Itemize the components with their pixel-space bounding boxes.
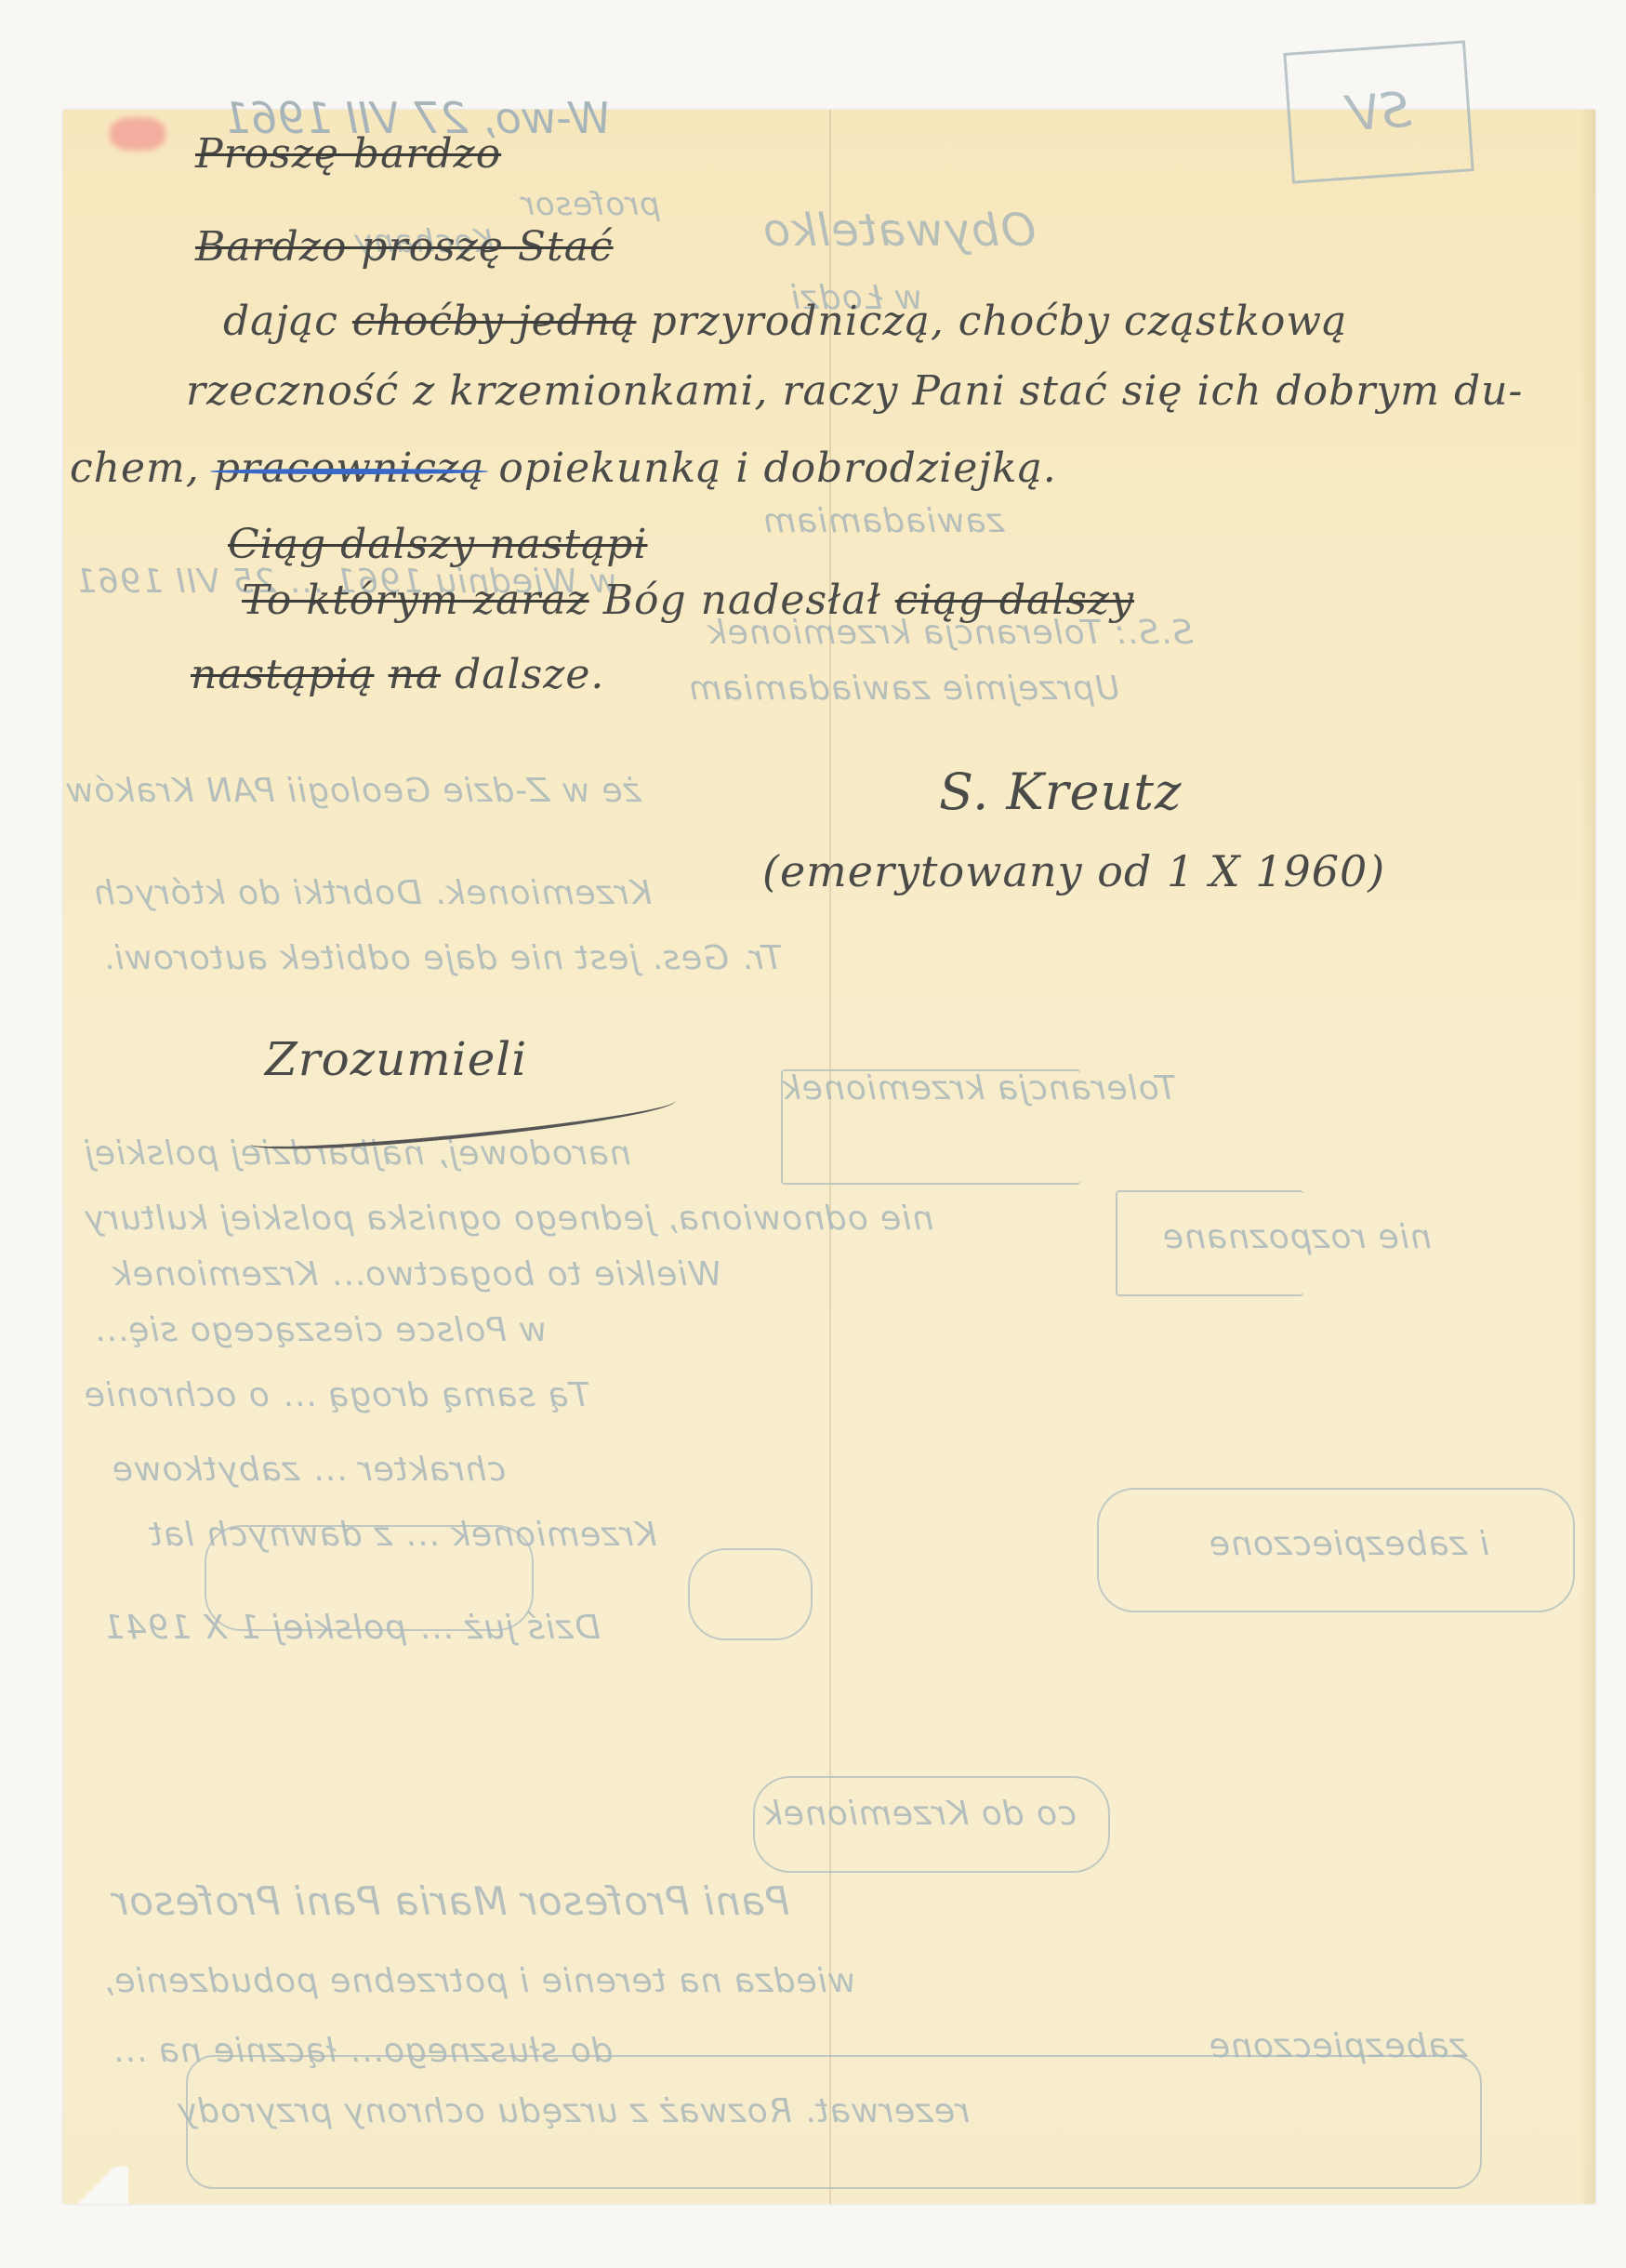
reference-code: SV xyxy=(1345,82,1413,142)
section-heading: Zrozumieli xyxy=(265,1032,527,1086)
struck-words: choćby jedną xyxy=(352,298,637,345)
bleed-line: Uprzejmie zawiadamiam xyxy=(688,670,1119,708)
bleed-loop xyxy=(753,1776,1110,1873)
body-line-8: nastąpią na dalsze. xyxy=(191,651,604,698)
bleed-line: wiedza na terenie i potrzebne pobudzenie… xyxy=(102,1962,855,2000)
bleed-loop-bottom xyxy=(186,2055,1482,2189)
torn-corner xyxy=(63,2167,128,2204)
body-line-7: To którym zaraz Bóg nadesłał ciąg dalszy xyxy=(242,577,1134,624)
blue-struck-word: pracowniczą xyxy=(214,444,485,492)
signature: S. Kreutz xyxy=(939,763,1182,821)
struck-line-6: Ciąg dalszy nastąpi xyxy=(228,521,648,568)
bleed-line: Tr. Ges. jest nie daje odbitek autorowi. xyxy=(102,939,783,977)
struck-line-1: Proszę bardzo xyxy=(195,130,501,178)
bleed-line: Obywatelko xyxy=(762,205,1036,257)
bleed-line: Pani Profesor Maria Pani Profesor xyxy=(112,1878,789,1924)
red-pencil-mark xyxy=(110,117,165,151)
bleed-line: chrakter ... zabytkowe xyxy=(112,1451,506,1489)
body-line-3: dając choćby jedną przyrodniczą, choćby … xyxy=(223,298,1347,345)
margin-bracket xyxy=(1116,1190,1303,1296)
reference-box: SV xyxy=(1283,40,1474,183)
bleed-line: że w Z-dzie Geologii PAN Kraków xyxy=(65,772,641,810)
signature-note: (emerytowany od 1 X 1960) xyxy=(762,846,1385,896)
bleed-line: nie odnowiona, jednego ogniska polskiej … xyxy=(84,1200,933,1238)
bleed-bracket xyxy=(781,1069,1080,1185)
bleed-loop xyxy=(205,1525,534,1631)
body-line-4: rzeczność z krzemionkami, raczy Pani sta… xyxy=(186,367,1523,415)
struck-line-2: Bardzo proszę Stać xyxy=(195,223,614,271)
blue-strikethrough xyxy=(210,469,489,474)
bleed-line: w Polsce cieszącego się... xyxy=(93,1311,547,1349)
bleed-line: Tą samą drogą ... o ochronie xyxy=(84,1376,590,1414)
bleed-loop xyxy=(688,1548,813,1640)
bleed-line: Wielkie to bogactwo... Krzemionek xyxy=(112,1255,721,1293)
bleed-line: zawiadamiam xyxy=(762,502,1005,540)
bleed-line: profesor xyxy=(521,186,660,223)
body-line-5: chem, pracowniczą opiekunką i dobrodziej… xyxy=(70,444,1057,492)
bleed-line: Krzemionek. Dobrtki do których xyxy=(93,874,652,912)
margin-loop xyxy=(1097,1488,1575,1612)
